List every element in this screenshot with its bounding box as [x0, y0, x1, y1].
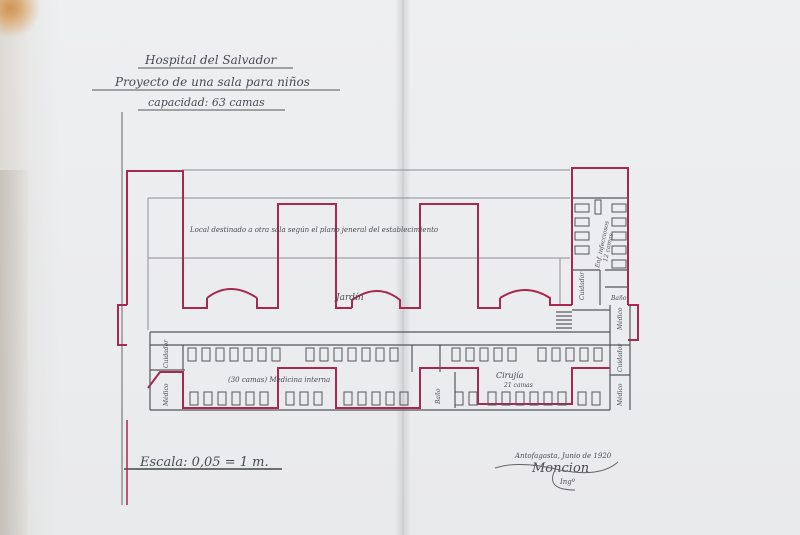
scale-block: Escala: 0,05 = 1 m.: [124, 420, 282, 505]
beds-upper-row: [188, 348, 602, 361]
label-upper-area: Local destinado a otra sala según el pla…: [189, 226, 438, 234]
label-right-medico-bottom: Médico: [617, 383, 624, 407]
plan-labels: Local destinado a otra sala según el pla…: [163, 220, 627, 407]
label-right-cuidador-bottom: Cuidador: [617, 343, 624, 372]
title-hospital: Hospital del Salvador: [144, 53, 277, 67]
scale-label: Escala: 0,05 = 1 m.: [139, 455, 269, 470]
signature-block: Antofagasta, Junio de 1920 Moncion Ingº: [495, 452, 618, 490]
label-right-cuidador-top: Cuidador: [579, 271, 586, 300]
label-right-bano: Baño: [610, 295, 627, 302]
title-block: Hospital del Salvador Proyecto de una sa…: [92, 53, 340, 110]
label-center-bano: Baño: [435, 388, 442, 405]
label-cirugia: Cirujía: [496, 371, 524, 380]
label-left-cuidador: Cuidador: [163, 339, 170, 368]
title-project: Proyecto de una sala para niños: [114, 75, 310, 89]
signature-name: Moncion: [531, 461, 589, 476]
site-outline: [148, 170, 570, 330]
label-left-medico: Médico: [163, 383, 170, 407]
label-garden: Jardín: [334, 292, 364, 303]
label-cirugia-beds: 21 camas: [503, 382, 533, 389]
signature-place-date: Antofagasta, Junio de 1920: [514, 452, 612, 460]
floor-plan-drawing: Hospital del Salvador Proyecto de una sa…: [0, 0, 800, 535]
label-right-medico-top: Médico: [617, 307, 624, 331]
signature-title: Ingº: [559, 478, 576, 486]
label-medicina: (30 camas) Medicina interna: [228, 376, 330, 384]
beds-lower-row: [190, 392, 600, 405]
title-capacity: capacidad: 63 camas: [148, 96, 265, 109]
